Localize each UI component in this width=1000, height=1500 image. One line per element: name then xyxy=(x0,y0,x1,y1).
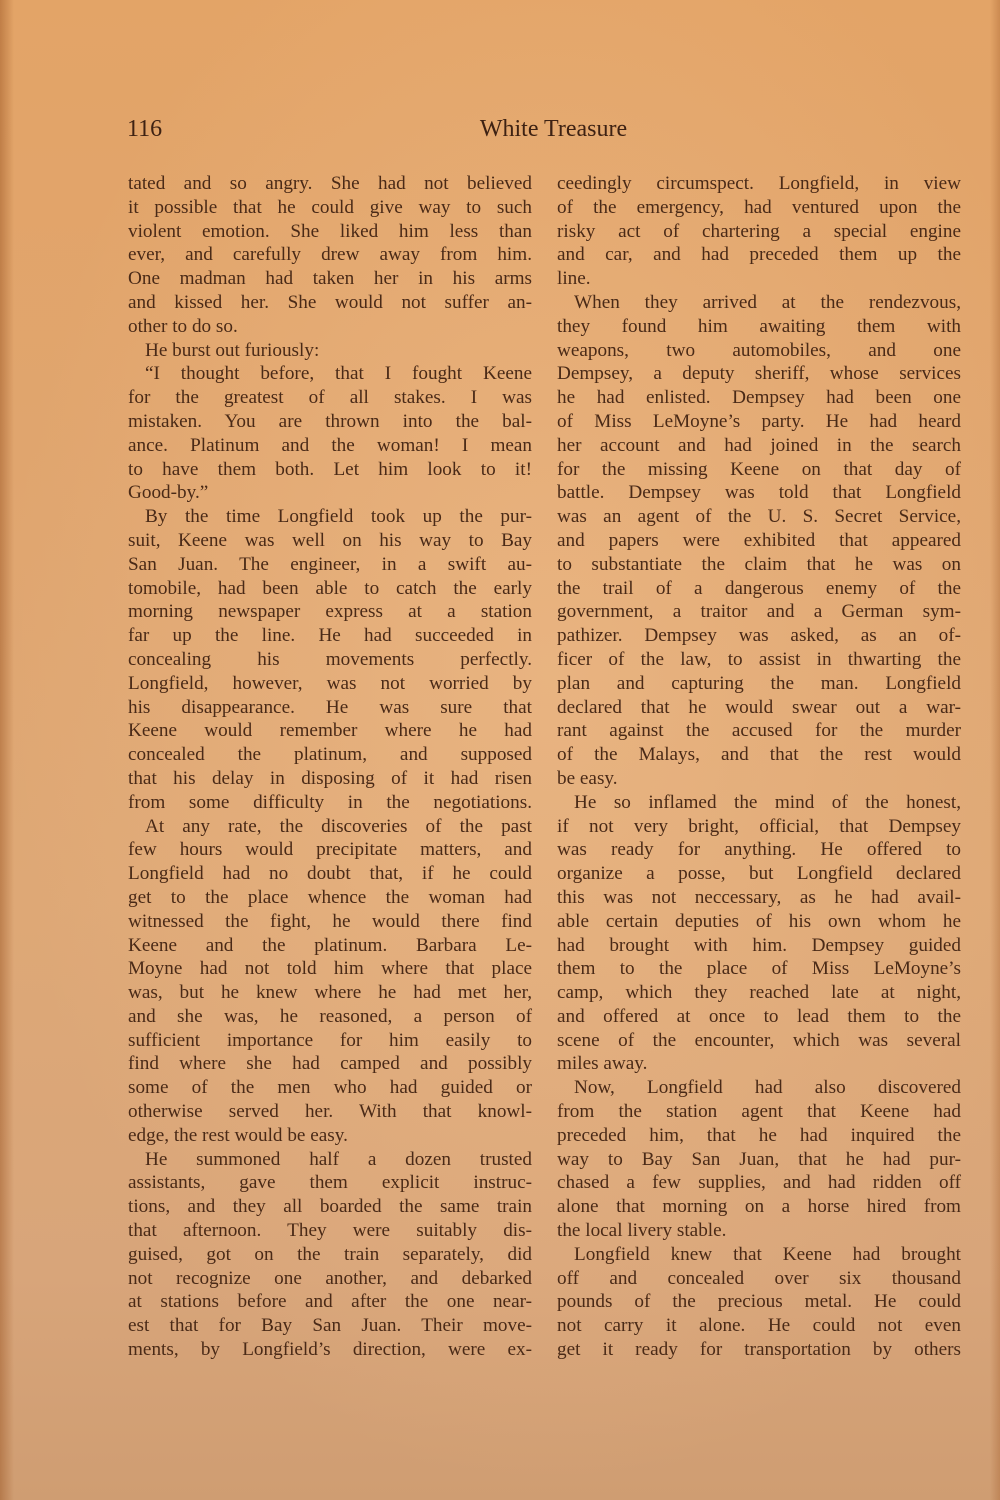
text-line: to substantiate the claim that he was on xyxy=(557,553,961,577)
text-line: and she was, he reasoned, a person of xyxy=(128,1005,532,1029)
text-line: organize a posse, but Longfield declared xyxy=(557,862,961,886)
text-line: edge, the rest would be easy. xyxy=(128,1124,532,1148)
text-line: way to Bay San Juan, that he had pur- xyxy=(557,1148,961,1172)
text-line: line. xyxy=(557,267,961,291)
text-line: Longfield had no doubt that, if he could xyxy=(128,862,532,886)
text-line: He summoned half a dozen trusted xyxy=(128,1148,532,1172)
text-line: not recognize one another, and debarked xyxy=(128,1267,532,1291)
text-line: tated and so angry. She had not believed xyxy=(128,172,532,196)
text-line: otherwise served her. With that knowl- xyxy=(128,1100,532,1124)
running-title: White Treasure xyxy=(127,116,960,143)
text-line: plan and capturing the man. Longfield xyxy=(557,672,961,696)
text-line: and kissed her. She would not suffer an- xyxy=(128,291,532,315)
text-line: suit, Keene was well on his way to Bay xyxy=(128,529,532,553)
text-line: was, but he knew where he had met her, xyxy=(128,981,532,1005)
text-line: alone that morning on a horse hired from xyxy=(557,1195,961,1219)
text-line: and papers were exhibited that appeared xyxy=(557,529,961,553)
text-line: risky act of chartering a special engine xyxy=(557,220,961,244)
left-text-column: tated and so angry. She had not believed… xyxy=(128,172,532,1362)
text-line: camp, which they reached late at night, xyxy=(557,981,961,1005)
text-line: By the time Longfield took up the pur- xyxy=(128,505,532,529)
text-line: was ready for anything. He offered to xyxy=(557,838,961,862)
text-line: tomobile, had been able to catch the ear… xyxy=(128,577,532,601)
text-line: He burst out furiously: xyxy=(128,339,532,363)
text-line: Good-by.” xyxy=(128,481,532,505)
text-line: Longfield knew that Keene had brought xyxy=(557,1243,961,1267)
text-line: and car, and had preceded them up the xyxy=(557,243,961,267)
text-line: Keene and the platinum. Barbara Le- xyxy=(128,934,532,958)
text-line: assistants, gave them explicit instruc- xyxy=(128,1171,532,1195)
text-line: ments, by Longfield’s direction, were ex… xyxy=(128,1338,532,1362)
text-line: of the Malays, and that the rest would xyxy=(557,743,961,767)
text-line: and offered at once to lead them to the xyxy=(557,1005,961,1029)
text-line: them to the place of Miss LeMoyne’s xyxy=(557,957,961,981)
page-header: 116 White Treasure xyxy=(127,116,960,150)
text-line: for the missing Keene on that day of xyxy=(557,458,961,482)
text-line: they found him awaiting them with xyxy=(557,315,961,339)
text-line: Now, Longfield had also discovered xyxy=(557,1076,961,1100)
text-line: far up the line. He had succeeded in xyxy=(128,624,532,648)
text-line: his disappearance. He was sure that xyxy=(128,696,532,720)
text-line: When they arrived at the rendezvous, xyxy=(557,291,961,315)
text-line: able certain deputies of his own whom he xyxy=(557,910,961,934)
text-line: of Miss LeMoyne’s party. He had heard xyxy=(557,410,961,434)
text-line: the trail of a dangerous enemy of the xyxy=(557,577,961,601)
text-line: At any rate, the discoveries of the past xyxy=(128,815,532,839)
text-line: tions, and they all boarded the same tra… xyxy=(128,1195,532,1219)
text-line: sufficient importance for him easily to xyxy=(128,1029,532,1053)
text-line: not carry it alone. He could not even xyxy=(557,1314,961,1338)
text-line: chased a few supplies, and had ridden of… xyxy=(557,1171,961,1195)
text-line: mistaken. You are thrown into the bal- xyxy=(128,410,532,434)
text-line: he had enlisted. Dempsey had been one xyxy=(557,386,961,410)
text-line: pounds of the precious metal. He could xyxy=(557,1290,961,1314)
text-line: this was not neccessary, as he had avail… xyxy=(557,886,961,910)
text-line: violent emotion. She liked him less than xyxy=(128,220,532,244)
text-line: ance. Platinum and the woman! I mean xyxy=(128,434,532,458)
text-line: be easy. xyxy=(557,767,961,791)
text-line: get to the place whence the woman had xyxy=(128,886,532,910)
text-line: off and concealed over six thousand xyxy=(557,1267,961,1291)
text-line: He so inflamed the mind of the honest, xyxy=(557,791,961,815)
text-line: from some difficulty in the negotiations… xyxy=(128,791,532,815)
text-line: ever, and carefully drew away from him. xyxy=(128,243,532,267)
text-line: witnessed the fight, he would there find xyxy=(128,910,532,934)
text-line: pathizer. Dempsey was asked, as an of- xyxy=(557,624,961,648)
text-line: Longfield, however, was not worried by xyxy=(128,672,532,696)
text-line: “I thought before, that I fought Keene xyxy=(128,362,532,386)
text-line: San Juan. The engineer, in a swift au- xyxy=(128,553,532,577)
text-line: find where she had camped and possibly xyxy=(128,1052,532,1076)
text-line: the local livery stable. xyxy=(557,1219,961,1243)
text-line: some of the men who had guided or xyxy=(128,1076,532,1100)
text-line: at stations before and after the one nea… xyxy=(128,1290,532,1314)
text-line: Dempsey, a deputy sheriff, whose service… xyxy=(557,362,961,386)
text-line: rant against the accused for the murder xyxy=(557,719,961,743)
text-line: preceded him, that he had inquired the xyxy=(557,1124,961,1148)
text-line: battle. Dempsey was told that Longfield xyxy=(557,481,961,505)
text-line: ficer of the law, to assist in thwarting… xyxy=(557,648,961,672)
text-line: weapons, two automobiles, and one xyxy=(557,339,961,363)
text-line: had brought with him. Dempsey guided xyxy=(557,934,961,958)
text-line: concealing his movements perfectly. xyxy=(128,648,532,672)
text-line: from the station agent that Keene had xyxy=(557,1100,961,1124)
text-line: guised, got on the train separately, did xyxy=(128,1243,532,1267)
text-line: One madman had taken her in his arms xyxy=(128,267,532,291)
text-line: morning newspaper express at a station xyxy=(128,600,532,624)
text-line: concealed the platinum, and supposed xyxy=(128,743,532,767)
text-line: her account and had joined in the search xyxy=(557,434,961,458)
text-line: Keene would remember where he had xyxy=(128,719,532,743)
text-line: get it ready for transportation by other… xyxy=(557,1338,961,1362)
text-line: scene of the encounter, which was severa… xyxy=(557,1029,961,1053)
text-line: if not very bright, official, that Demps… xyxy=(557,815,961,839)
text-line: that his delay in disposing of it had ri… xyxy=(128,767,532,791)
text-line: to have them both. Let him look to it! xyxy=(128,458,532,482)
text-line: of the emergency, had ventured upon the xyxy=(557,196,961,220)
text-line: government, a traitor and a German sym- xyxy=(557,600,961,624)
text-line: miles away. xyxy=(557,1052,961,1076)
text-line: for the greatest of all stakes. I was xyxy=(128,386,532,410)
text-line: was an agent of the U. S. Secret Service… xyxy=(557,505,961,529)
book-page: 116 White Treasure tated and so angry. S… xyxy=(0,0,1000,1500)
text-line: est that for Bay San Juan. Their move- xyxy=(128,1314,532,1338)
text-line: it possible that he could give way to su… xyxy=(128,196,532,220)
text-line: other to do so. xyxy=(128,315,532,339)
text-line: that afternoon. They were suitably dis- xyxy=(128,1219,532,1243)
text-line: Moyne had not told him where that place xyxy=(128,957,532,981)
right-text-column: ceedingly circumspect. Longfield, in vie… xyxy=(557,172,961,1362)
text-line: declared that he would swear out a war- xyxy=(557,696,961,720)
text-line: ceedingly circumspect. Longfield, in vie… xyxy=(557,172,961,196)
text-line: few hours would precipitate matters, and xyxy=(128,838,532,862)
